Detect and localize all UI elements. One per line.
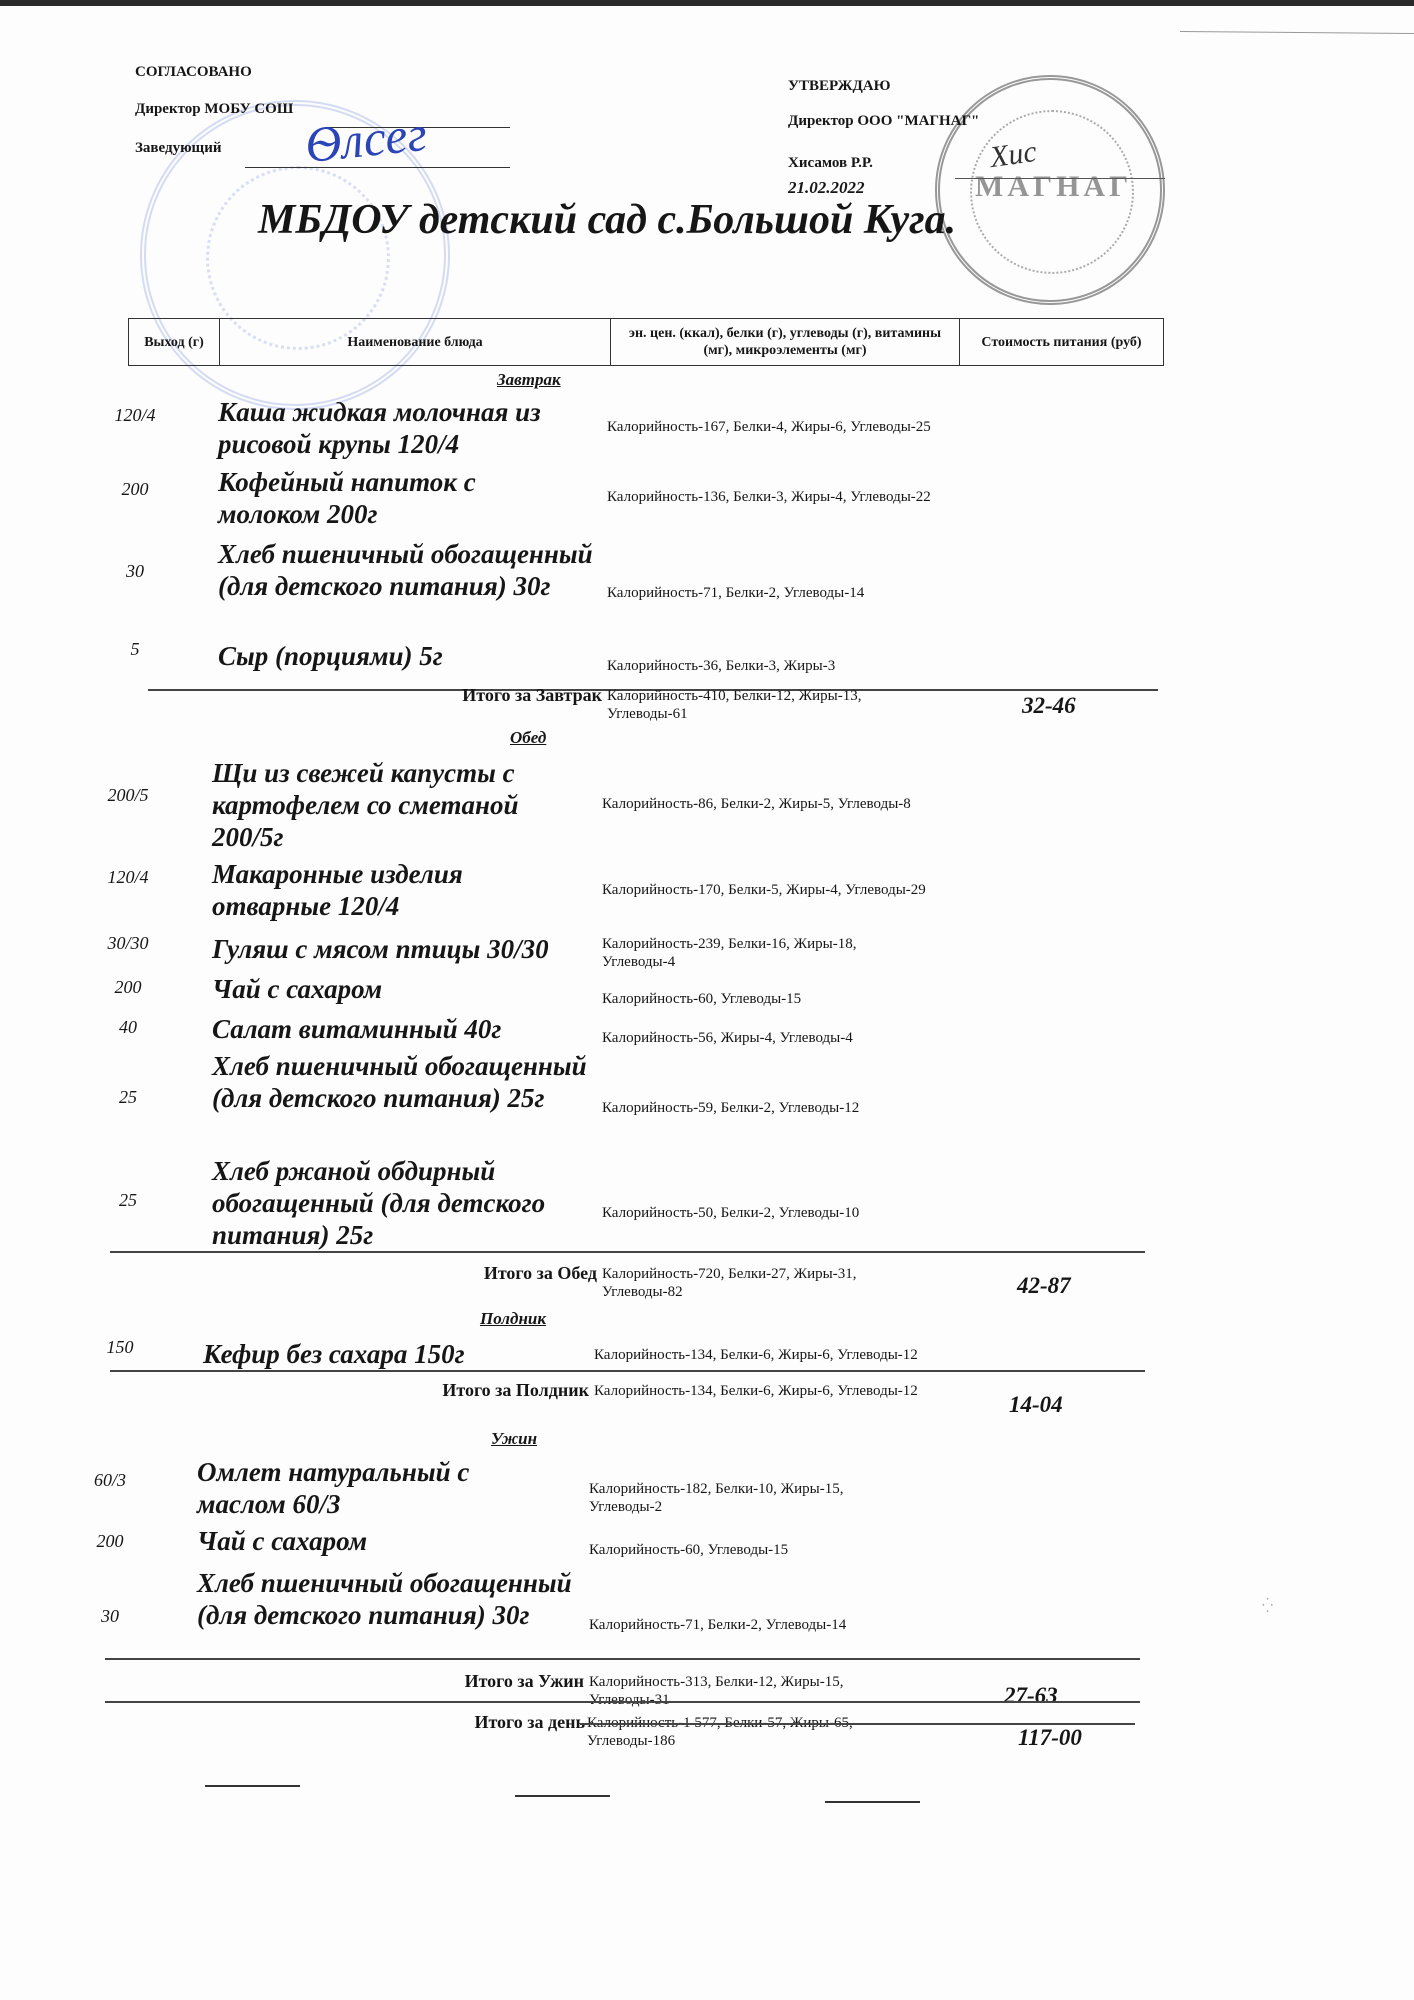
dish-output: 150 [90, 1337, 150, 1358]
approver-right-name: Хисамов Р.Р. [788, 155, 873, 172]
section-total-price: 32-46 [1022, 693, 1076, 719]
dish-output: 60/3 [80, 1470, 140, 1491]
approved-label: СОГЛАСОВАНО [135, 64, 252, 81]
section-total-label: Итого за Полдник [289, 1380, 589, 1401]
col-header-nutrition: эн. цен. (ккал), белки (г), углеводы (г)… [611, 319, 960, 366]
day-total-nutrition: Калорийность-1 577, Белки-57, Жиры-65, У… [587, 1714, 917, 1750]
dish-nutrition: Калорийность-60, Углеводы-15 [602, 990, 932, 1008]
day-total-label: Итого за день [285, 1712, 585, 1733]
dish-output: 25 [98, 1087, 158, 1108]
blank-signature-line [205, 1785, 300, 1787]
dish-nutrition: Калорийность-59, Белки-2, Углеводы-12 [602, 1099, 932, 1117]
section-total-price: 14-04 [1009, 1392, 1063, 1418]
approve-label: УТВЕРЖДАЮ [788, 78, 891, 95]
col-header-cost: Стоимость питания (руб) [960, 319, 1164, 366]
dish-output: 5 [105, 639, 165, 660]
row-divider [110, 1251, 1145, 1253]
signature-line [245, 167, 510, 168]
day-total-price: 117-00 [1018, 1725, 1082, 1751]
section-total-nutrition: Калорийность-313, Белки-12, Жиры-15, Угл… [589, 1673, 919, 1709]
section-total-nutrition: Калорийность-410, Белки-12, Жиры-13, Угл… [607, 687, 937, 723]
approver-right-title: Директор ООО "МАГНАГ" [788, 113, 979, 130]
dish-nutrition: Калорийность-86, Белки-2, Жиры-5, Углево… [602, 795, 932, 813]
row-divider [105, 1658, 1140, 1660]
dish-name: Каша жидкая молочная из рисовой крупы 12… [218, 396, 598, 460]
section-heading: Завтрак [497, 370, 561, 390]
section-heading: Обед [510, 728, 546, 748]
dish-output: 200/5 [98, 785, 158, 806]
section-total-nutrition: Калорийность-720, Белки-27, Жиры-31, Угл… [602, 1265, 932, 1301]
section-heading: Ужин [491, 1429, 537, 1449]
scan-speck: ⁛ [1262, 1598, 1273, 1615]
dish-name: Кефир без сахара 150г [203, 1338, 583, 1370]
col-header-output: Выход (г) [129, 319, 220, 366]
dish-nutrition: Калорийность-50, Белки-2, Углеводы-10 [602, 1204, 932, 1222]
dish-output: 200 [98, 977, 158, 998]
dish-name: Сыр (порциями) 5г [218, 640, 578, 672]
dish-name: Хлеб ржаной обдирный обогащенный (для де… [212, 1155, 592, 1251]
dish-nutrition: Калорийность-134, Белки-6, Жиры-6, Углев… [594, 1346, 924, 1364]
dish-name: Щи из свежей капусты с картофелем со сме… [212, 757, 572, 853]
dish-name: Гуляш с мясом птицы 30/30 [212, 933, 632, 965]
section-total-label: Итого за Ужин [284, 1671, 584, 1692]
dish-name: Хлеб пшеничный обогащенный (для детского… [197, 1567, 577, 1631]
page-title: МБДОУ детский сад с.Большой Куга. [258, 196, 956, 244]
col-header-dish: Наименование блюда [220, 319, 611, 366]
menu-table-header: Выход (г) Наименование блюда эн. цен. (к… [128, 318, 1164, 366]
dish-nutrition: Калорийность-56, Жиры-4, Углеводы-4 [602, 1029, 932, 1047]
dish-output: 40 [98, 1017, 158, 1038]
dish-output: 30/30 [98, 933, 158, 954]
dish-name: Хлеб пшеничный обогащенный (для детского… [218, 538, 598, 602]
dish-output: 120/4 [98, 867, 158, 888]
dish-name: Чай с сахаром [197, 1525, 557, 1557]
dish-nutrition: Калорийность-167, Белки-4, Жиры-6, Углев… [607, 418, 937, 436]
section-total-price: 27-63 [1004, 1683, 1058, 1709]
dish-nutrition: Калорийность-71, Белки-2, Углеводы-14 [589, 1616, 919, 1634]
dish-name: Кофейный напиток с молоком 200г [218, 466, 578, 530]
signature-line [955, 178, 1165, 179]
dish-nutrition: Калорийность-36, Белки-3, Жиры-3 [607, 657, 937, 675]
section-total-label: Итого за Завтрак [302, 685, 602, 706]
signature-right: Хис [988, 135, 1039, 175]
dish-name: Макаронные изделия отварные 120/4 [212, 858, 572, 922]
approver-left-title: Директор МОБУ СОШ [135, 101, 293, 118]
dish-name: Салат витаминный 40г [212, 1013, 572, 1045]
dish-name: Омлет натуральный с маслом 60/3 [197, 1456, 557, 1520]
dish-nutrition: Калорийность-136, Белки-3, Жиры-4, Углев… [607, 488, 937, 506]
dish-name: Чай с сахаром [212, 973, 572, 1005]
section-total-nutrition: Калорийность-134, Белки-6, Жиры-6, Углев… [594, 1382, 924, 1400]
section-total-price: 42-87 [1017, 1273, 1071, 1299]
dish-nutrition: Калорийность-60, Углеводы-15 [589, 1541, 919, 1559]
dish-nutrition: Калорийность-71, Белки-2, Углеводы-14 [607, 584, 937, 602]
blank-signature-line [515, 1795, 610, 1797]
dish-output: 30 [105, 561, 165, 582]
approval-date: 21.02.2022 [788, 178, 865, 198]
row-divider [105, 1701, 1140, 1703]
company-stamp-text: МАГНАГ [975, 170, 1125, 204]
section-total-label: Итого за Обед [297, 1263, 597, 1284]
dish-output: 25 [98, 1190, 158, 1211]
dish-nutrition: Калорийность-239, Белки-16, Жиры-18, Угл… [602, 935, 932, 971]
dish-nutrition: Калорийность-182, Белки-10, Жиры-15, Угл… [589, 1480, 919, 1516]
row-divider [580, 1723, 1135, 1725]
row-divider [110, 1370, 1145, 1372]
dish-output: 120/4 [105, 405, 165, 426]
dish-output: 30 [80, 1606, 140, 1627]
dish-output: 200 [80, 1531, 140, 1552]
approver-left-role: Заведующий [135, 140, 221, 157]
scan-top-edge [0, 0, 1414, 6]
scan-artifact-line [1180, 31, 1414, 34]
dish-name: Хлеб пшеничный обогащенный (для детского… [212, 1050, 592, 1114]
dish-output: 200 [105, 479, 165, 500]
blank-signature-line [825, 1801, 920, 1803]
dish-nutrition: Калорийность-170, Белки-5, Жиры-4, Углев… [602, 881, 932, 899]
section-heading: Полдник [480, 1309, 546, 1329]
